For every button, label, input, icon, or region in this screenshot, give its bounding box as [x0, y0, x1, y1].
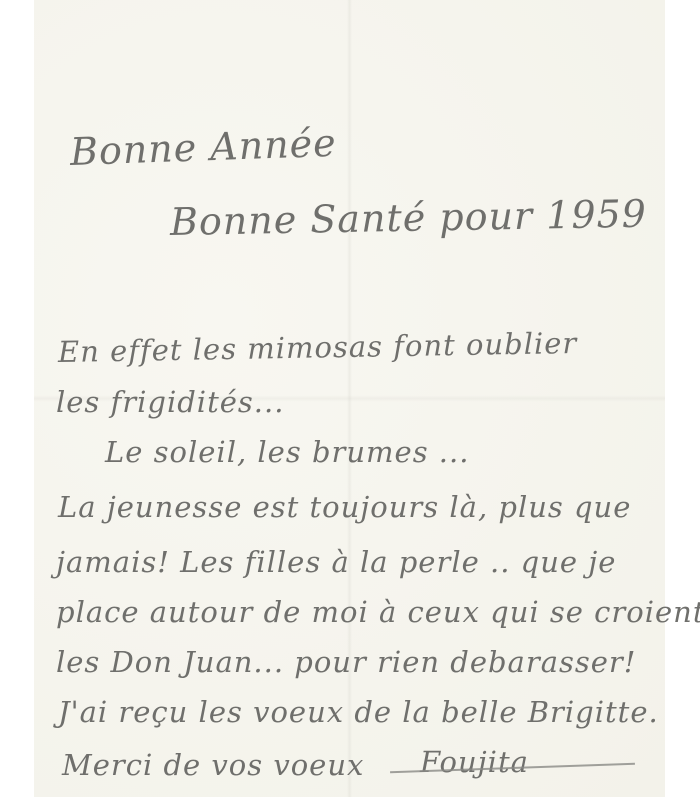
- body-line-4: La jeunesse est toujours là, plus que: [58, 490, 631, 524]
- body-line-8: J'ai reçu les voeux de la belle Brigitte…: [58, 695, 659, 729]
- signature: Foujita: [420, 745, 529, 779]
- body-line-5: jamais! Les filles à la perle .. que je: [56, 545, 616, 579]
- greeting-line-2: Bonne Santé pour 1959: [170, 192, 648, 244]
- body-line-6: place autour de moi à ceux qui se croien…: [56, 595, 700, 629]
- body-line-2: les frigidités...: [56, 385, 284, 419]
- body-line-3: Le soleil, les brumes ...: [105, 435, 469, 469]
- greeting-line-1: Bonne Année: [69, 121, 337, 174]
- body-line-7: les Don Juan... pour rien debarasser!: [56, 645, 636, 679]
- closing-line: Merci de vos voeux: [62, 748, 364, 782]
